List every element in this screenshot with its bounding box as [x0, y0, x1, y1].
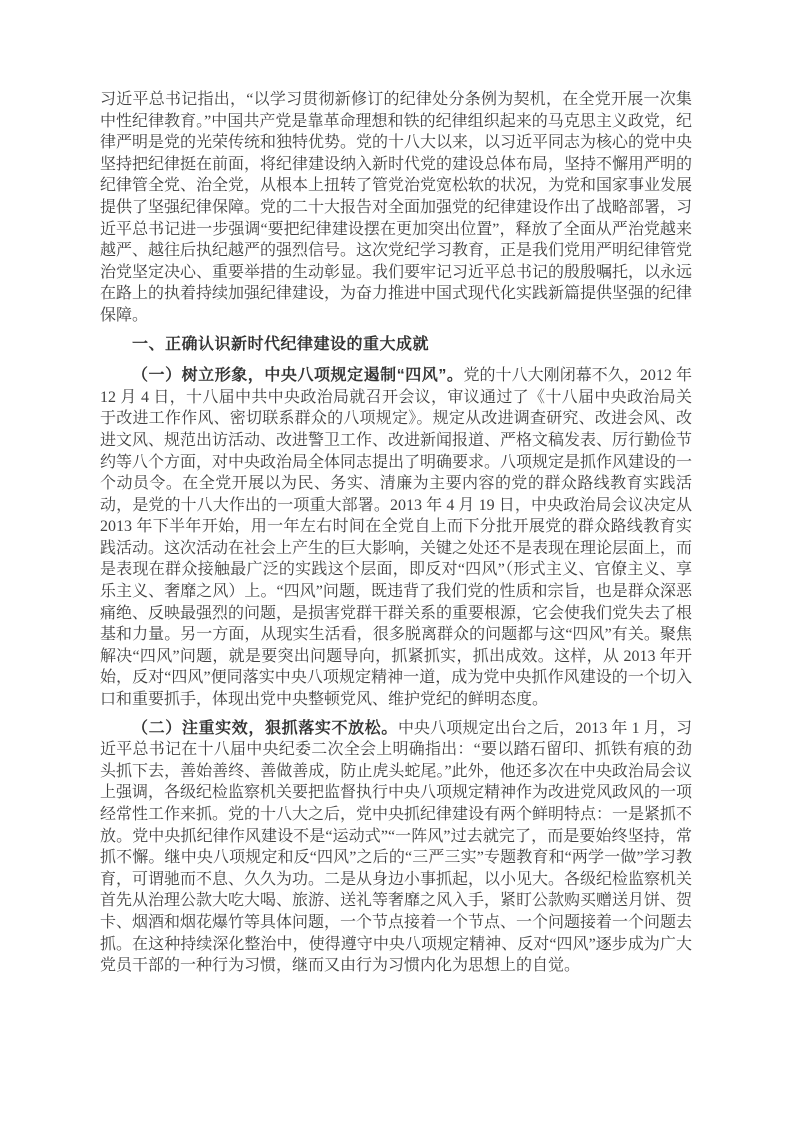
subsection-paragraph-2-run-1: 中央八项规定出台之后，2013 年 1 月，习近平总书记在十八届中央纪委二次全会… [100, 720, 692, 975]
document-page: 习近平总书记指出，“以学习贯彻新修订的纪律处分条例为契机，在全党开展一次集中性纪… [0, 0, 793, 1122]
subsection-paragraph-2-run-0: （二）注重实效，狠抓落实不放松。 [132, 720, 398, 737]
subsection-paragraph-1-run-0: （一）树立形象，中央八项规定遏制“四风”。 [132, 367, 463, 384]
subsection-paragraph-1: （一）树立形象，中央八项规定遏制“四风”。党的十八大刚闭幕不久，2012 年 1… [100, 365, 692, 711]
intro-paragraph-run-0: 习近平总书记指出，“以学习贯彻新修订的纪律处分条例为契机，在全党开展一次集中性纪… [100, 91, 692, 324]
section-heading-1: 一、正确认识新时代纪律建设的重大成就 [100, 334, 692, 356]
section-heading-1-run-0: 一、正确认识新时代纪律建设的重大成就 [132, 336, 429, 353]
subsection-paragraph-1-run-1: 党的十八大刚闭幕不久，2012 年 12 月 4 日，十八届中共中央政治局就召开… [100, 367, 692, 708]
intro-paragraph: 习近平总书记指出，“以学习贯彻新修订的纪律处分条例为契机，在全党开展一次集中性纪… [100, 89, 692, 327]
subsection-paragraph-2: （二）注重实效，狠抓落实不放松。中央八项规定出台之后，2013 年 1 月，习近… [100, 718, 692, 977]
document-body: 习近平总书记指出，“以学习贯彻新修订的纪律处分条例为契机，在全党开展一次集中性纪… [100, 89, 692, 977]
